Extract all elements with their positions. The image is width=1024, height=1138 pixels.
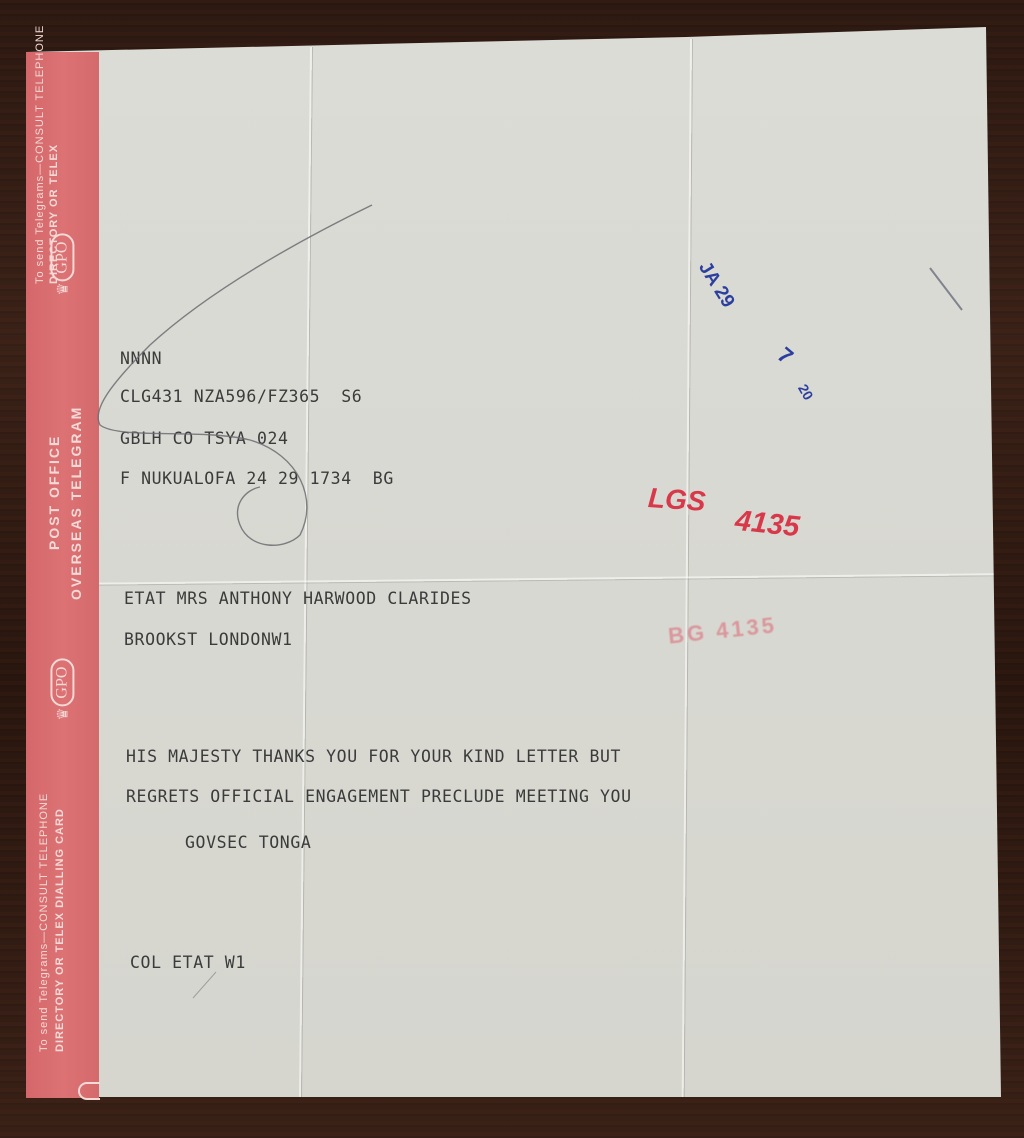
band-title-post-office: POST OFFICE — [46, 435, 62, 550]
fold-line — [682, 39, 692, 1097]
office-number-stamp: 4135 — [733, 505, 801, 545]
post-office-band: To send Telegrams—CONSULT TELEPHONE DIRE… — [26, 52, 99, 1098]
gpo-logo-text: GPO — [50, 659, 74, 707]
gpo-logo-text: GPO — [50, 234, 74, 282]
address-line: BROOKST LONDONW1 — [124, 630, 293, 649]
telegram-paper — [26, 27, 1001, 1099]
gpo-logo-partial — [78, 1082, 100, 1100]
header-line: NNNN — [120, 349, 162, 368]
message-line: HIS MAJESTY THANKS YOU FOR YOUR KIND LET… — [126, 747, 621, 766]
header-line: F NUKUALOFA 24 29 1734 BG — [120, 469, 394, 488]
office-code-stamp: LGS — [647, 482, 707, 518]
address-line: ETAT MRS ANTHONY HARWOOD CLARIDES — [124, 589, 472, 608]
band-title-overseas-telegram: OVERSEAS TELEGRAM — [68, 406, 84, 600]
fold-line — [86, 573, 1001, 585]
crown-icon: ♛ — [53, 709, 71, 720]
collation-line: COL ETAT W1 — [130, 953, 246, 972]
band-bottom-instruction-2: DIRECTORY OR TELEX DIALLING CARD — [54, 808, 66, 1052]
signature: GOVSEC TONGA — [185, 833, 311, 852]
header-line: GBLH CO TSYA 024 — [120, 429, 289, 448]
band-top-instruction-1: To send Telegrams—CONSULT TELEPHONE — [34, 25, 46, 284]
band-bottom-instruction-1: To send Telegrams—CONSULT TELEPHONE — [38, 793, 50, 1052]
message-line: REGRETS OFFICIAL ENGAGEMENT PRECLUDE MEE… — [126, 787, 632, 806]
gpo-logo: ♛ GPO — [50, 234, 74, 295]
gpo-logo: ♛ GPO — [50, 659, 74, 720]
header-line: CLG431 NZA596/FZ365 S6 — [120, 387, 362, 406]
fold-line — [299, 47, 312, 1097]
crown-icon: ♛ — [53, 284, 71, 295]
